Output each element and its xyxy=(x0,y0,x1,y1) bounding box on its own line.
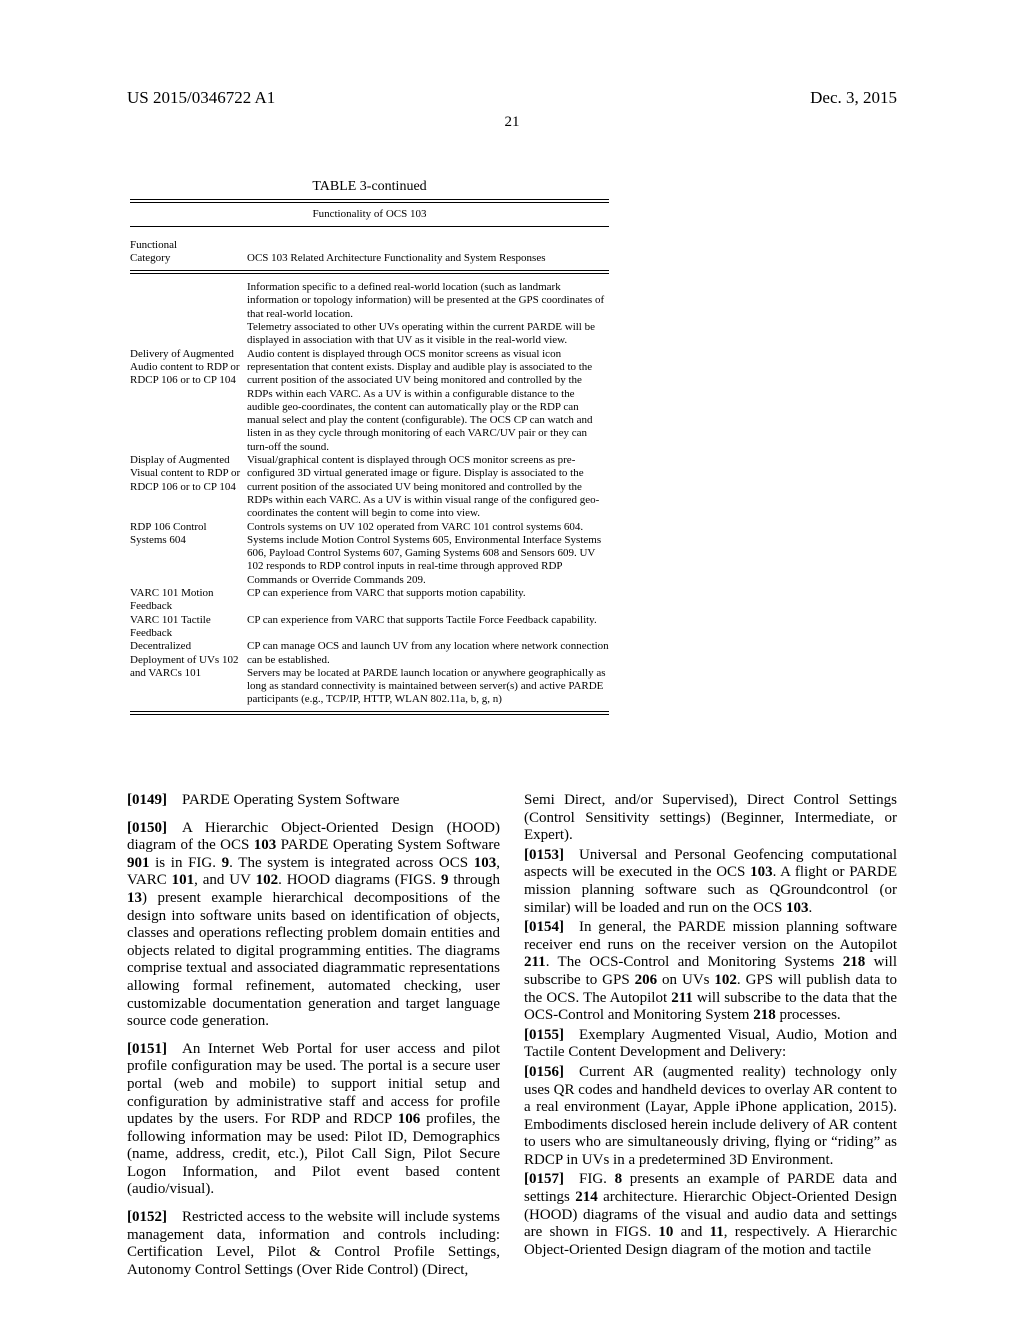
row-content-paragraph: Information specific to a defined real-w… xyxy=(247,281,609,321)
paragraph-0151: [0151] An Internet Web Portal for user a… xyxy=(127,1041,500,1199)
paragraph-0152-continued: Semi Direct, and/or Supervised), Direct … xyxy=(524,792,897,845)
table-body: Information specific to a defined real-w… xyxy=(130,274,609,711)
row-content-paragraph: Controls systems on UV 102 operated from… xyxy=(247,521,609,587)
row-content: Visual/graphical content is displayed th… xyxy=(247,454,609,520)
row-category: VARC 101 Tactile Feedback xyxy=(130,614,247,641)
row-content: CP can manage OCS and launch UV from any… xyxy=(247,640,609,706)
table-row: Decentralized Deployment of UVs 102 and … xyxy=(130,640,609,706)
row-category: Display of Augmented Visual content to R… xyxy=(130,454,247,494)
row-content-paragraph: Servers may be located at PARDE launch l… xyxy=(247,667,609,707)
column-header-functional-category: Functional Category xyxy=(130,239,247,266)
text-column-left: [0149] PARDE Operating System Software [… xyxy=(127,792,500,1289)
row-category: RDP 106 Control Systems 604 xyxy=(130,521,247,548)
paragraph-0153: [0153] Universal and Personal Geofencing… xyxy=(524,847,897,917)
row-category: Decentralized Deployment of UVs 102 and … xyxy=(130,640,247,680)
publication-date: Dec. 3, 2015 xyxy=(810,88,897,108)
table-header-row: Functional Category OCS 103 Related Arch… xyxy=(130,227,609,271)
table-title: TABLE 3-continued xyxy=(130,180,609,193)
row-content-paragraph: Visual/graphical content is displayed th… xyxy=(247,454,609,520)
table-row: VARC 101 Motion Feedback CP can experien… xyxy=(130,587,609,614)
functionality-table: TABLE 3-continued Functionality of OCS 1… xyxy=(130,180,609,715)
table-subtitle: Functionality of OCS 103 xyxy=(130,203,609,225)
row-content: Information specific to a defined real-w… xyxy=(247,281,609,347)
row-content-paragraph: CP can manage OCS and launch UV from any… xyxy=(247,640,609,667)
row-content: CP can experience from VARC that support… xyxy=(247,614,609,627)
paragraph-0150: [0150] A Hierarchic Object-Oriented Desi… xyxy=(127,820,500,1031)
row-content-paragraph: Audio content is displayed through OCS m… xyxy=(247,348,609,454)
paragraph-0154: [0154] In general, the PARDE mission pla… xyxy=(524,919,897,1025)
row-content: Controls systems on UV 102 operated from… xyxy=(247,521,609,587)
paragraph-0156: [0156] Current AR (augmented reality) te… xyxy=(524,1064,897,1170)
table-rule-bottom xyxy=(130,711,609,715)
paragraph-0155: [0155] Exemplary Augmented Visual, Audio… xyxy=(524,1027,897,1062)
column-header-ocs-functionality: OCS 103 Related Architecture Functionali… xyxy=(247,252,609,265)
row-content: Audio content is displayed through OCS m… xyxy=(247,348,609,454)
row-content-paragraph: CP can experience from VARC that support… xyxy=(247,614,609,627)
page-number: 21 xyxy=(0,114,1024,131)
row-content-paragraph: CP can experience from VARC that support… xyxy=(247,587,609,600)
table-row: VARC 101 Tactile Feedback CP can experie… xyxy=(130,614,609,641)
row-category: VARC 101 Motion Feedback xyxy=(130,587,247,614)
paragraph-0149: [0149] PARDE Operating System Software xyxy=(127,792,500,810)
table-row: RDP 106 Control Systems 604 Controls sys… xyxy=(130,521,609,587)
text-column-right: Semi Direct, and/or Supervised), Direct … xyxy=(524,792,897,1261)
page-header: US 2015/0346722 A1 Dec. 3, 2015 xyxy=(127,88,897,108)
table-row: Information specific to a defined real-w… xyxy=(130,281,609,347)
row-content-paragraph: Telemetry associated to other UVs operat… xyxy=(247,321,609,348)
paragraph-0152: [0152] Restricted access to the website … xyxy=(127,1209,500,1279)
table-row: Delivery of Augmented Audio content to R… xyxy=(130,348,609,454)
publication-number: US 2015/0346722 A1 xyxy=(127,88,275,108)
row-category: Delivery of Augmented Audio content to R… xyxy=(130,348,247,388)
table-row: Display of Augmented Visual content to R… xyxy=(130,454,609,520)
paragraph-0157: [0157] FIG. 8 presents an example of PAR… xyxy=(524,1171,897,1259)
row-content: CP can experience from VARC that support… xyxy=(247,587,609,600)
